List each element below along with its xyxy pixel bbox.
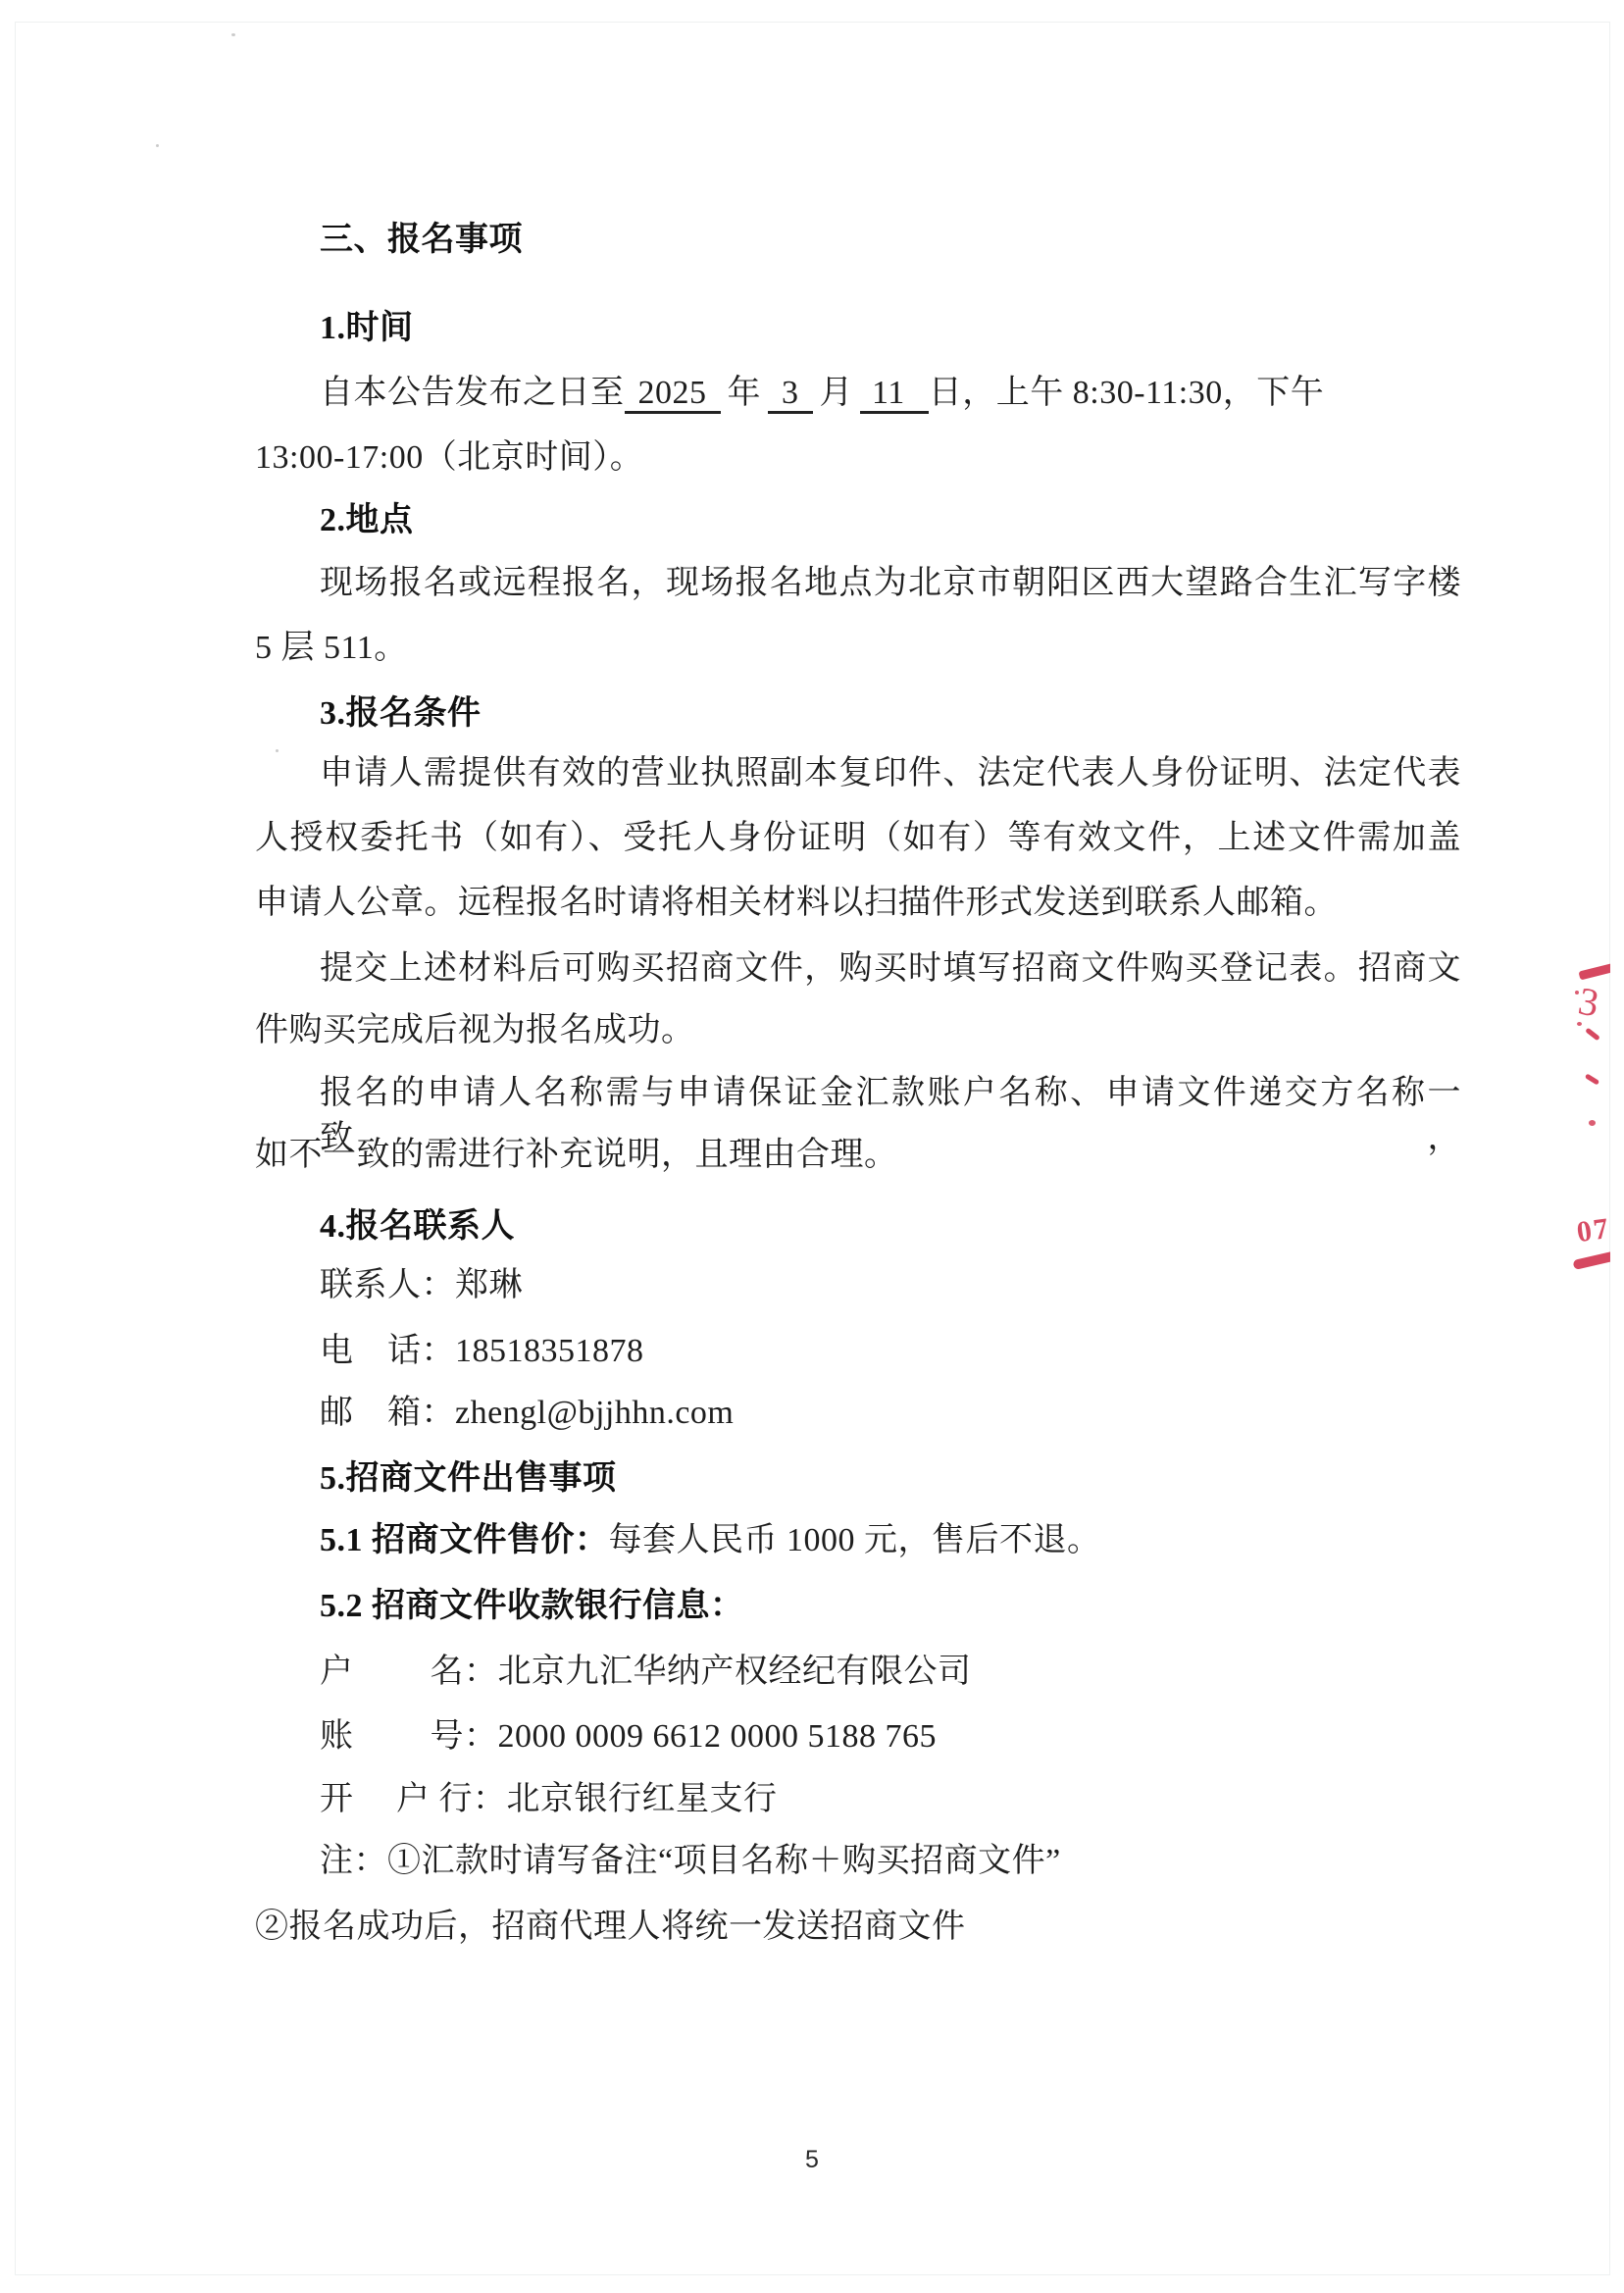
scan-speck bbox=[231, 33, 235, 36]
stamp-dot-icon bbox=[1589, 1120, 1596, 1126]
price-line: 5.1 招商文件售价：每套人民币 1000 元，售后不退。 bbox=[320, 1518, 1101, 1563]
red-stamp-fragments: 3 07 bbox=[1530, 932, 1610, 1324]
stamp-dot-icon bbox=[1575, 991, 1579, 994]
conditions-p1-line1: 申请人需提供有效的营业执照副本复印件、法定代表人身份证明、法定代表 bbox=[320, 751, 1461, 796]
time-line-1: 自本公告发布之日至2025年3月11日，上午 8:30-11:30，下午 bbox=[320, 371, 1324, 416]
scan-speck bbox=[276, 749, 279, 752]
bank-branch: 开 户 行：北京银行红星支行 bbox=[320, 1777, 778, 1822]
stamp-stroke-icon bbox=[1585, 1073, 1599, 1085]
conditions-p3-line2: 如不一致的需进行补充说明，且理由合理。 bbox=[255, 1133, 898, 1178]
month-unit: 月 bbox=[820, 375, 854, 411]
contact-phone: 电 话：18518351878 bbox=[320, 1329, 644, 1374]
stamp-stroke-icon bbox=[1572, 1250, 1610, 1270]
bank-info-title: 5.2 招商文件收款银行信息： bbox=[320, 1584, 744, 1629]
subsection-title-location: 2.地点 bbox=[320, 498, 414, 543]
page-number: 5 bbox=[0, 2146, 1624, 2174]
stamp-digits-icon: 07 bbox=[1575, 1212, 1610, 1249]
time-line-2: 13:00-17:00（北京时间）。 bbox=[255, 435, 643, 481]
time-prefix: 自本公告发布之日至 bbox=[320, 375, 625, 411]
note-1: 注：①汇款时请写备注“项目名称＋购买招商文件” bbox=[320, 1839, 1061, 1884]
subsection-title-time: 1.时间 bbox=[320, 306, 414, 351]
stamp-dot-icon bbox=[1577, 1022, 1582, 1026]
section-heading: 三、报名事项 bbox=[320, 218, 523, 263]
subsection-title-contact: 4.报名联系人 bbox=[320, 1204, 515, 1249]
conditions-p2-line1: 提交上述材料后可购买招商文件，购买时填写招商文件购买登记表。招商文 bbox=[320, 946, 1461, 992]
note-2: ②报名成功后，招商代理人将统一发送招商文件 bbox=[255, 1905, 966, 1950]
date-month-underlined: 3 bbox=[768, 375, 813, 414]
price-label: 5.1 招商文件售价： bbox=[320, 1522, 609, 1558]
contact-name: 联系人：郑琳 bbox=[320, 1263, 523, 1308]
conditions-p1-line3: 申请人公章。远程报名时请将相关材料以扫描件形式发送到联系人邮箱。 bbox=[255, 881, 1338, 926]
year-unit: 年 bbox=[728, 375, 762, 411]
price-value: 每套人民币 1000 元，售后不退。 bbox=[609, 1522, 1101, 1558]
stamp-stroke-icon bbox=[1578, 963, 1610, 981]
conditions-p1-line2: 人授权委托书（如有）、受托人身份证明（如有）等有效文件，上述文件需加盖 bbox=[255, 816, 1461, 861]
account-number: 账 号：2000 0009 6612 0000 5188 765 bbox=[320, 1714, 937, 1759]
location-line-1: 现场报名或远程报名，现场报名地点为北京市朝阳区西大望路合生汇写字楼 bbox=[320, 561, 1461, 606]
scanned-document-page: { "page": { "number": "5" }, "document":… bbox=[0, 0, 1624, 2293]
stamp-stroke-icon bbox=[1585, 1028, 1600, 1042]
date-year-underlined: 2025 bbox=[625, 375, 721, 414]
subsection-title-conditions: 3.报名条件 bbox=[320, 691, 482, 737]
time-suffix: 日，上午 8:30-11:30，下午 bbox=[929, 375, 1324, 411]
conditions-p2-line2: 件购买完成后视为报名成功。 bbox=[255, 1008, 695, 1053]
scan-speck bbox=[156, 144, 159, 147]
subsection-title-sale: 5.招商文件出售事项 bbox=[320, 1456, 617, 1502]
date-day-underlined: 11 bbox=[860, 375, 929, 414]
contact-email: 邮 箱：zhengl@bjjhhn.com bbox=[320, 1391, 734, 1436]
location-line-2: 5 层 511。 bbox=[255, 626, 408, 671]
account-name: 户 名：北京九汇华纳产权经纪有限公司 bbox=[320, 1650, 972, 1695]
stamp-glyph-icon: 3 bbox=[1575, 978, 1602, 1027]
